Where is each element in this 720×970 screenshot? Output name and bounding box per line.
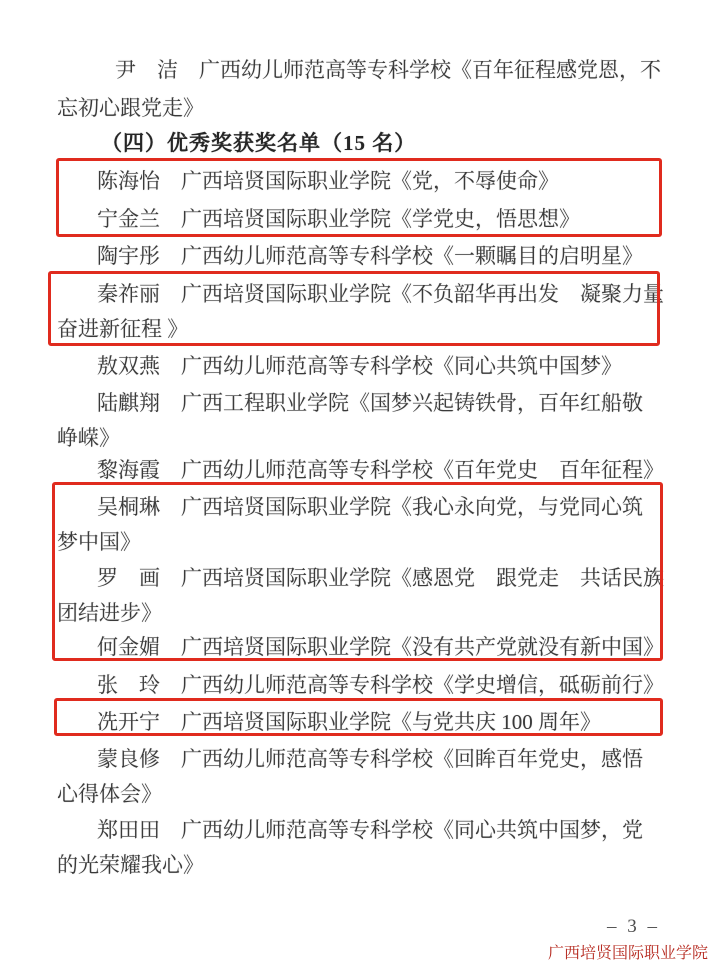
entry-line-aoshuangyan: 敖双燕 广西幼儿师范高等专科学校《同心共筑中国梦》 [57,351,717,381]
entry-line-lihaixia: 黎海霞 广西幼儿师范高等专科学校《百年党史 百年征程》 [57,455,717,485]
section-heading: （四）优秀奖获奖名单（15 名） [57,128,720,158]
entry-line-continuation: 团结进步》 [57,598,677,628]
entry-line-continuation: 奋进新征程 》 [57,314,677,344]
entry-line-luqixiang: 陆麒翔 广西工程职业学院《国梦兴起铸铁骨，百年红船敬 [57,388,717,418]
entry-line-qinzuoli: 秦祚丽 广西培贤国际职业学院《不负韶华再出发 凝聚力量 [57,279,717,309]
entry-line-chenhaiyi: 陈海怡 广西培贤国际职业学院《党，不辱使命》 [57,166,717,196]
entry-line-yinjie: 尹 洁 广西幼儿师范高等专科学校《百年征程感党恩，不 [57,55,720,85]
entry-line-continuation: 心得体会》 [57,779,677,809]
entry-line-continuation: 的光荣耀我心》 [57,850,677,880]
entry-line-ningjinlan: 宁金兰 广西培贤国际职业学院《学党史，悟思想》 [57,204,717,234]
entry-line-xiankaining: 冼开宁 广西培贤国际职业学院《与党共庆 100 周年》 [57,707,717,737]
school-watermark: 广西培贤国际职业学院 [548,940,708,963]
document-page: 尹 洁 广西幼儿师范高等专科学校《百年征程感党恩，不 忘初心跟党走》 （四）优秀… [0,0,720,970]
entry-line-continuation: 忘初心跟党走》 [57,93,677,123]
entry-line-continuation: 梦中国》 [57,527,677,557]
entry-line-taoyutong: 陶宇彤 广西幼儿师范高等专科学校《一颗瞩目的启明星》 [57,241,717,271]
entry-line-luohua: 罗 画 广西培贤国际职业学院《感恩党 跟党走 共话民族 [57,563,717,593]
entry-line-zhangling: 张 玲 广西幼儿师范高等专科学校《学史增信，砥砺前行》 [57,670,717,700]
entry-line-hejinmei: 何金媚 广西培贤国际职业学院《没有共产党就没有新中国》 [57,632,717,662]
entry-line-wutonglin: 吴桐琳 广西培贤国际职业学院《我心永向党，与党同心筑 [57,492,717,522]
entry-line-zhengtiantian: 郑田田 广西幼儿师范高等专科学校《同心共筑中国梦，党 [57,815,717,845]
entry-line-mengliangxiu: 蒙良修 广西幼儿师范高等专科学校《回眸百年党史，感悟 [57,744,717,774]
entry-line-continuation: 峥嵘》 [57,423,677,453]
page-number: – 3 – [607,916,660,938]
